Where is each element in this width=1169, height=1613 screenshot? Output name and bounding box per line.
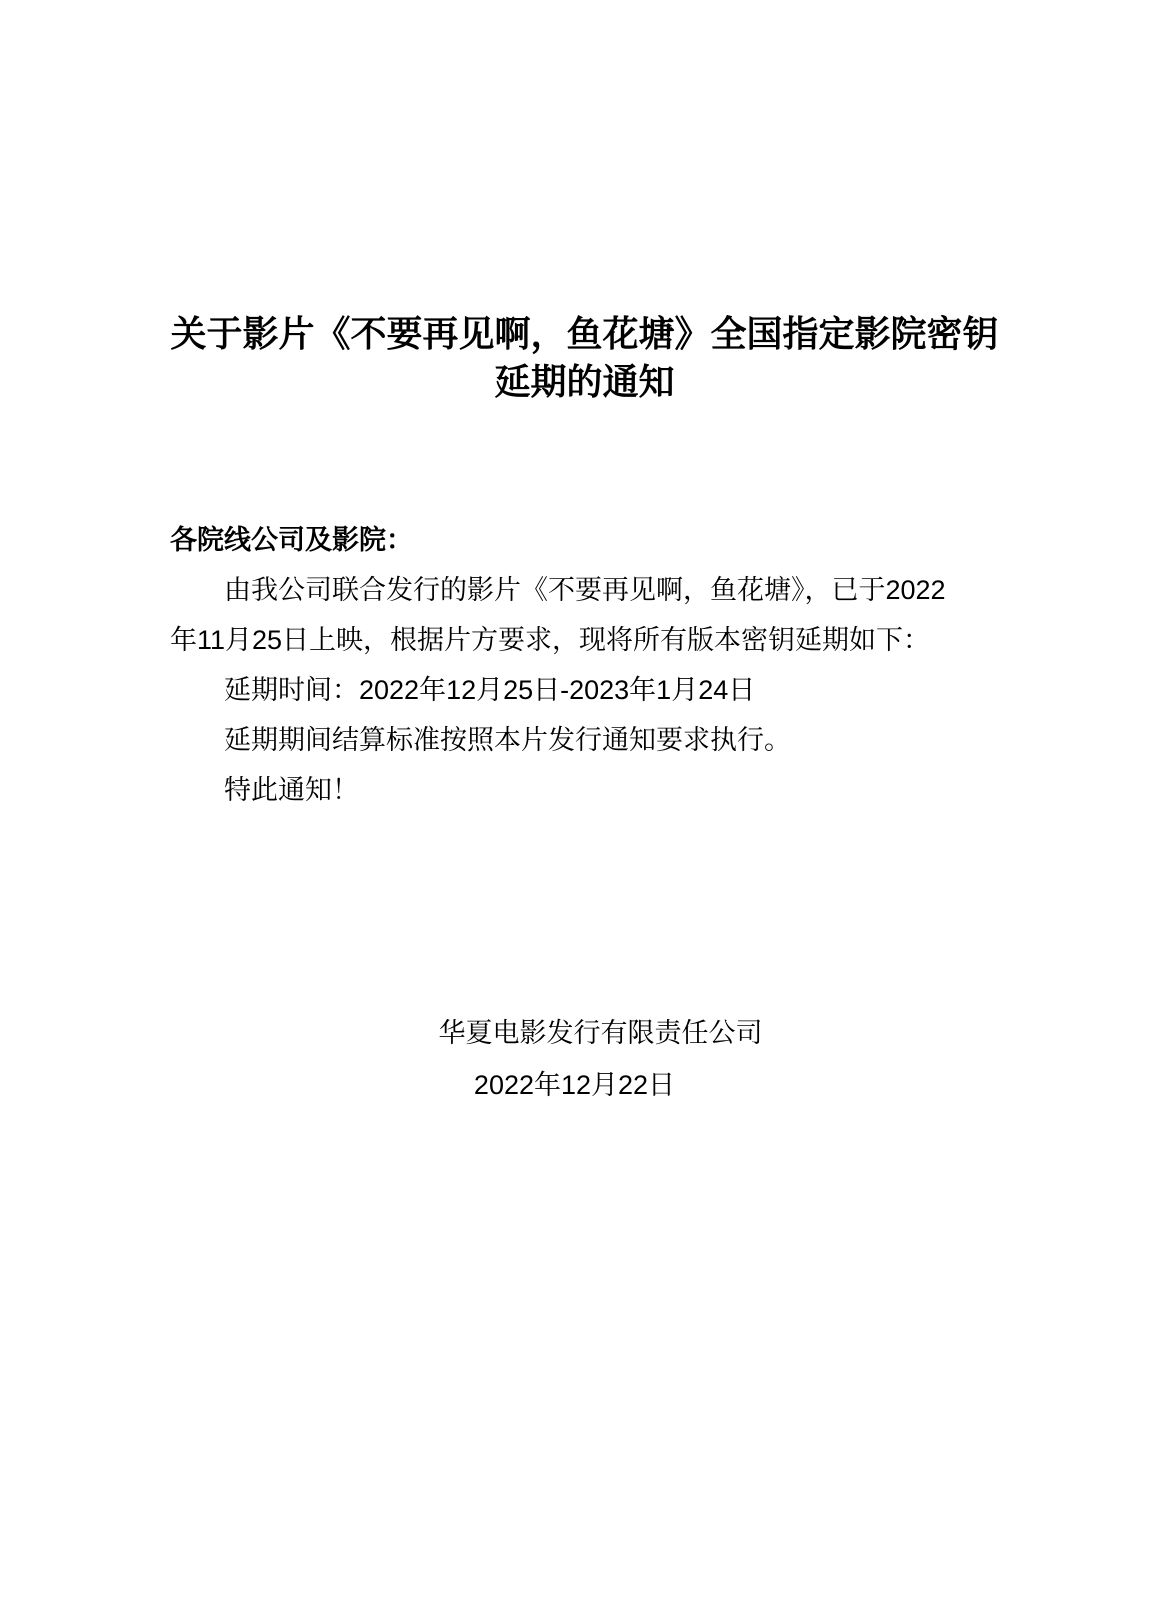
notice-salutation: 各院线公司及影院： (170, 515, 1010, 565)
notice-signer-company: 华夏电影发行有限责任公司 (16, 1007, 1169, 1059)
notice-body: 各院线公司及影院： 由我公司联合发行的影片《不要再见啊，鱼花塘》，已于2022 … (170, 515, 1010, 815)
notice-paragraph-1-line-2: 年11月25日上映，根据片方要求，现将所有版本密钥延期如下： (170, 615, 1010, 665)
notice-paragraph-1-line-1: 由我公司联合发行的影片《不要再见啊，鱼花塘》，已于2022 (170, 565, 1010, 615)
notice-document-page: 关于影片《不要再见啊，鱼花塘》全国指定影院密钥 延期的通知 各院线公司及影院： … (0, 0, 1169, 1613)
notice-signature-date: 2022年12月22日 (0, 1059, 1159, 1111)
notice-settlement-line: 延期期间结算标准按照本片发行通知要求执行。 (170, 715, 1010, 765)
notice-closing-line: 特此通知！ (170, 765, 1010, 815)
notice-extension-period-line: 延期时间：2022年12月25日-2023年1月24日 (170, 665, 1010, 715)
notice-title-line-2: 延期的通知 (0, 358, 1169, 406)
notice-title-line-1: 关于影片《不要再见啊，鱼花塘》全国指定影院密钥 (0, 310, 1169, 358)
notice-title: 关于影片《不要再见啊，鱼花塘》全国指定影院密钥 延期的通知 (0, 310, 1169, 406)
notice-signature-block: 华夏电影发行有限责任公司 2022年12月22日 (0, 1007, 1169, 1111)
